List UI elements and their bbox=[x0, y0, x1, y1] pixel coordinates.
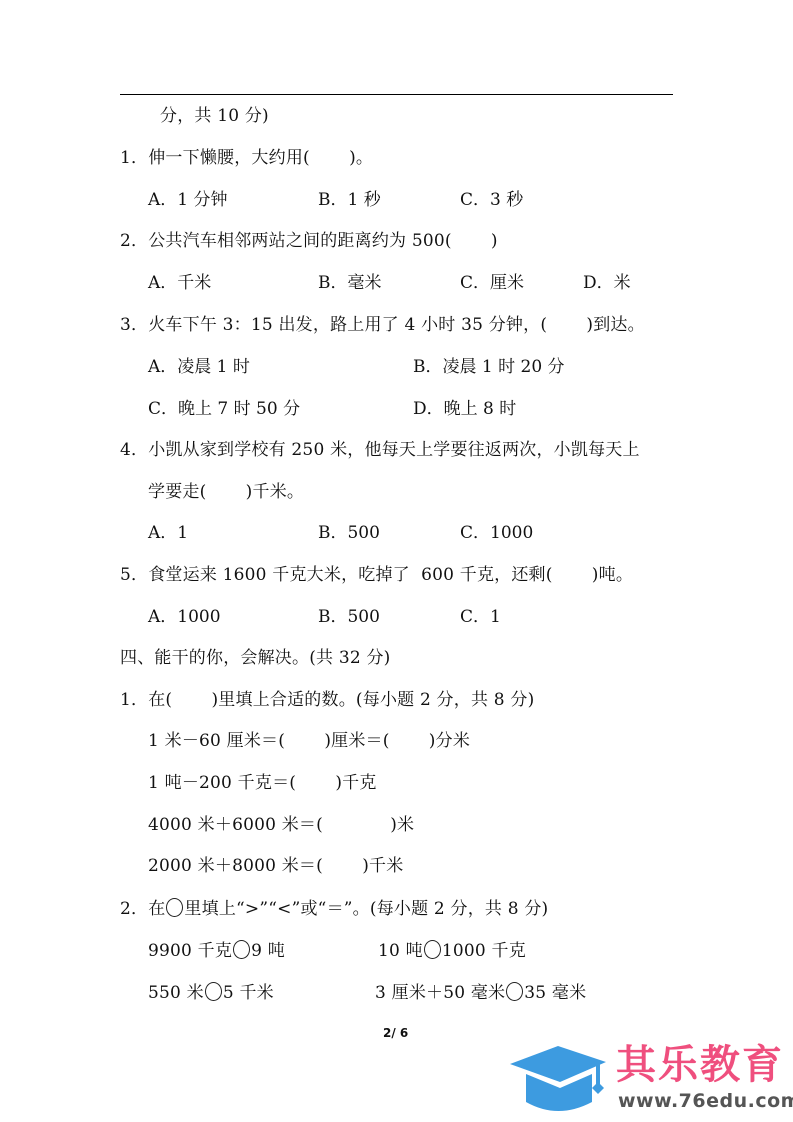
compare-left: 10 吨 bbox=[378, 941, 423, 961]
q2-option-a: A．千米 bbox=[148, 272, 211, 294]
q1-option-c: C．3 秒 bbox=[460, 189, 523, 211]
q2-option-d: D．米 bbox=[583, 272, 631, 294]
question-4-stem: 4．小凯从家到学校有 250 米，他每天上学要往返两次，小凯每天上 bbox=[120, 439, 640, 461]
fill-item-4: 2000 米＋8000 米＝( )千米 bbox=[148, 855, 403, 877]
answer-circle[interactable] bbox=[424, 940, 441, 959]
compare-item-4: 3 厘米＋50 毫米35 毫米 bbox=[375, 982, 586, 1004]
fill-item-2: 1 吨－200 千克＝( )千克 bbox=[148, 772, 377, 794]
compare-right: 1000 千克 bbox=[442, 941, 526, 961]
section-4-title: 四、能干的你，会解决。(共 32 分) bbox=[120, 647, 391, 669]
answer-circle[interactable] bbox=[506, 982, 523, 1001]
q4-option-c: C．1000 bbox=[460, 522, 533, 544]
q5-option-b: B．500 bbox=[318, 606, 380, 628]
fill-item-1: 1 米－60 厘米＝( )厘米＝( )分米 bbox=[148, 730, 470, 752]
q1-option-a: A．1 分钟 bbox=[148, 189, 228, 211]
brand-name: 其乐教育 bbox=[616, 1042, 784, 1088]
q2-stem-suffix: 里填上“>”“<”或“＝”。(每小题 2 分，共 8 分) bbox=[184, 899, 548, 919]
q3-option-a: A．凌晨 1 时 bbox=[148, 356, 250, 378]
answer-circle[interactable] bbox=[233, 940, 250, 959]
q5-option-a: A．1000 bbox=[148, 606, 221, 628]
question-1-stem: 1．伸一下懒腰，大约用( )。 bbox=[120, 147, 373, 169]
question-4-stem-cont: 学要走( )千米。 bbox=[148, 481, 304, 503]
section-4-q2-stem: 2．在里填上“>”“<”或“＝”。(每小题 2 分，共 8 分) bbox=[120, 898, 548, 920]
compare-left: 550 米 bbox=[148, 983, 204, 1003]
fill-item-3: 4000 米＋6000 米＝( )米 bbox=[148, 814, 414, 836]
question-5-stem: 5．食堂运来 1600 千克大米，吃掉了 600 千克，还剩( )吨。 bbox=[120, 564, 633, 586]
compare-item-3: 550 米5 千米 bbox=[148, 982, 274, 1004]
q2-option-b: B．毫米 bbox=[318, 272, 382, 294]
brand-url: www.76edu.com bbox=[618, 1090, 793, 1112]
q1-option-b: B．1 秒 bbox=[318, 189, 381, 211]
q2-option-c: C．厘米 bbox=[460, 272, 524, 294]
compare-circle-icon bbox=[166, 898, 183, 917]
compare-left: 3 厘米＋50 毫米 bbox=[375, 983, 505, 1003]
section-continuation: 分，共 10 分) bbox=[160, 105, 269, 127]
compare-item-1: 9900 千克9 吨 bbox=[148, 940, 285, 962]
compare-left: 9900 千克 bbox=[148, 941, 232, 961]
header-rule bbox=[120, 94, 673, 95]
graduation-cap-icon bbox=[508, 1042, 612, 1114]
question-2-stem: 2．公共汽车相邻两站之间的距离约为 500( ) bbox=[120, 230, 498, 252]
compare-right: 5 千米 bbox=[223, 983, 274, 1003]
page-number: 2/ 6 bbox=[383, 1026, 408, 1040]
q2-stem-prefix: 2．在 bbox=[120, 899, 165, 919]
answer-circle[interactable] bbox=[205, 982, 222, 1001]
compare-item-2: 10 吨1000 千克 bbox=[378, 940, 526, 962]
q3-option-b: B．凌晨 1 时 20 分 bbox=[413, 356, 565, 378]
brand-logo: 其乐教育 www.76edu.com bbox=[508, 1040, 788, 1118]
question-3-stem: 3．火车下午 3：15 出发，路上用了 4 小时 35 分钟，( )到达。 bbox=[120, 314, 645, 336]
q3-option-c: C．晚上 7 时 50 分 bbox=[148, 398, 300, 420]
section-4-q1-stem: 1．在( )里填上合适的数。(每小题 2 分，共 8 分) bbox=[120, 689, 534, 711]
compare-right: 9 吨 bbox=[251, 941, 285, 961]
q3-option-d: D．晚上 8 时 bbox=[413, 398, 516, 420]
compare-right: 35 毫米 bbox=[524, 983, 586, 1003]
q5-option-c: C．1 bbox=[460, 606, 501, 628]
q4-option-b: B．500 bbox=[318, 522, 380, 544]
q4-option-a: A．1 bbox=[148, 522, 188, 544]
